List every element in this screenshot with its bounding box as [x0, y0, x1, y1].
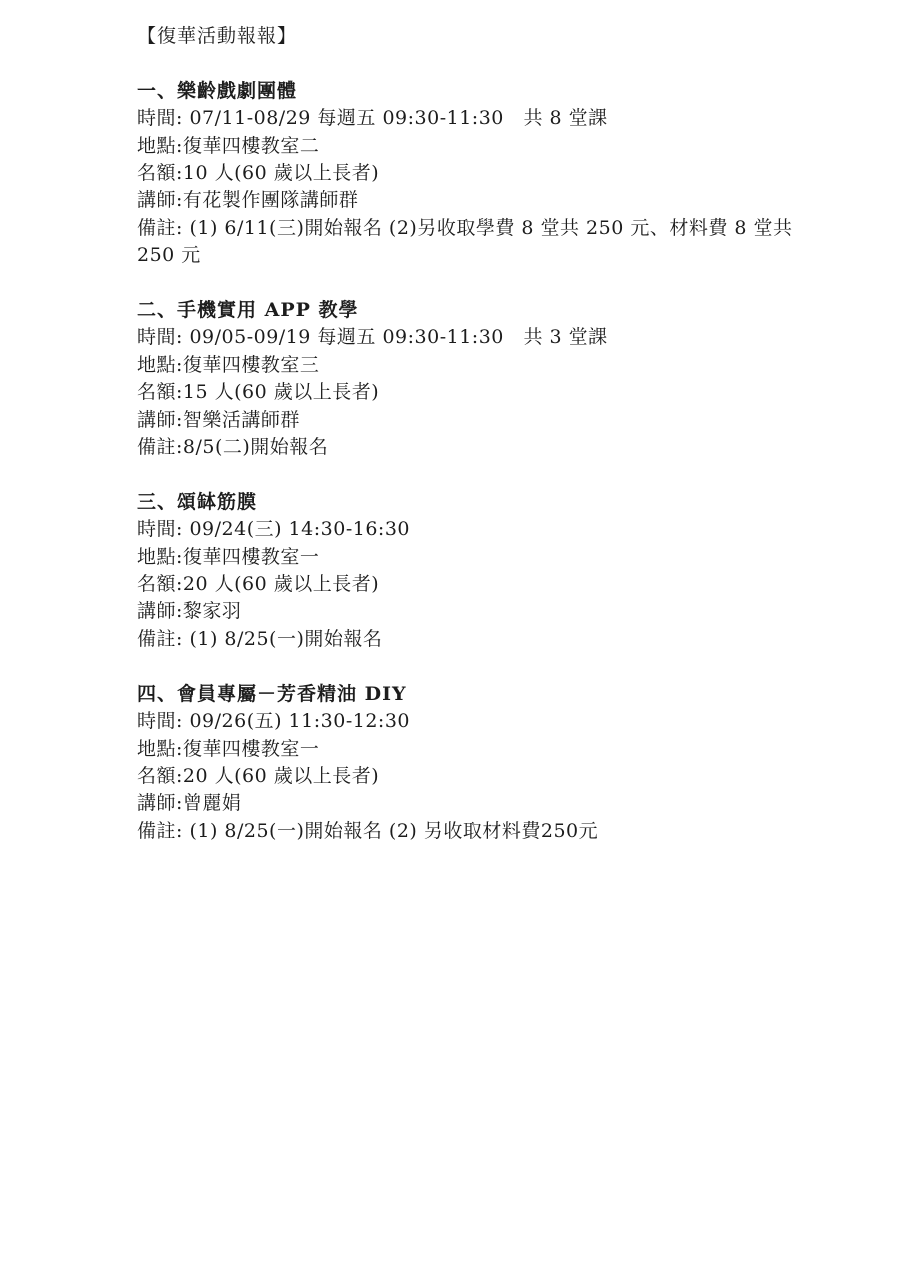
activity-section: 四、會員專屬－芳香精油 DIY時間: 09/26(五) 11:30-12:30地…	[137, 681, 845, 845]
activity-line: 備註:8/5(二)開始報名	[137, 434, 845, 461]
activity-line: 名額:10 人(60 歲以上長者)	[137, 160, 845, 187]
activity-heading: 四、會員專屬－芳香精油 DIY	[137, 681, 845, 708]
activity-line: 250 元	[137, 242, 845, 269]
activity-section: 三、頌缽筋膜時間: 09/24(三) 14:30-16:30地點:復華四樓教室一…	[137, 489, 845, 653]
activity-line: 備註: (1) 8/25(一)開始報名	[137, 626, 845, 653]
activity-section: 二、手機實用 APP 教學時間: 09/05-09/19 每週五 09:30-1…	[137, 297, 845, 461]
activity-line: 時間: 09/26(五) 11:30-12:30	[137, 708, 845, 735]
activity-line: 名額:20 人(60 歲以上長者)	[137, 571, 845, 598]
activity-sections-container: 一、樂齡戲劇團體時間: 07/11-08/29 每週五 09:30-11:30 …	[137, 78, 845, 845]
activity-line: 地點:復華四樓教室一	[137, 736, 845, 763]
activity-heading: 二、手機實用 APP 教學	[137, 297, 845, 324]
document-page: 【復華活動報報】 一、樂齡戲劇團體時間: 07/11-08/29 每週五 09:…	[0, 0, 905, 845]
activity-line: 講師:黎家羽	[137, 598, 845, 625]
activity-heading: 一、樂齡戲劇團體	[137, 78, 845, 105]
activity-line: 地點:復華四樓教室三	[137, 352, 845, 379]
activity-line: 地點:復華四樓教室一	[137, 544, 845, 571]
activity-heading: 三、頌缽筋膜	[137, 489, 845, 516]
activity-line: 講師:智樂活講師群	[137, 407, 845, 434]
activity-line: 名額:20 人(60 歲以上長者)	[137, 763, 845, 790]
activity-line: 時間: 09/24(三) 14:30-16:30	[137, 516, 845, 543]
document-title: 【復華活動報報】	[137, 23, 845, 50]
activity-line: 講師:曾麗娟	[137, 790, 845, 817]
activity-line: 備註: (1) 6/11(三)開始報名 (2)另收取學費 8 堂共 250 元、…	[137, 215, 845, 242]
activity-section: 一、樂齡戲劇團體時間: 07/11-08/29 每週五 09:30-11:30 …	[137, 78, 845, 270]
activity-line: 地點:復華四樓教室二	[137, 133, 845, 160]
activity-line: 時間: 07/11-08/29 每週五 09:30-11:30 共 8 堂課	[137, 105, 845, 132]
activity-line: 講師:有花製作團隊講師群	[137, 187, 845, 214]
activity-line: 時間: 09/05-09/19 每週五 09:30-11:30 共 3 堂課	[137, 324, 845, 351]
activity-line: 備註: (1) 8/25(一)開始報名 (2) 另收取材料費250元	[137, 818, 845, 845]
activity-line: 名額:15 人(60 歲以上長者)	[137, 379, 845, 406]
